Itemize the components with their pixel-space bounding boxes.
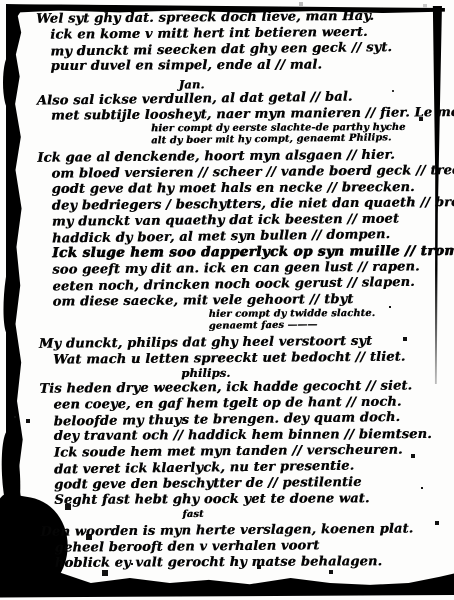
text-line: hoblick ey valt gerocht hy matse behalag… (55, 554, 454, 572)
manuscript-page: Wel syt ghy dat. spreeck doch lieve, man… (0, 0, 454, 600)
text-line: godt geve dat hy moet hals en necke // b… (52, 180, 454, 198)
manuscript-text: Wel syt ghy dat. spreeck doch lieve, man… (10, 8, 454, 573)
marginal-note-line: fast (182, 506, 454, 521)
speaker-line: philips. (181, 366, 454, 380)
text-line: Ick sluge hem soo dapperlyck op syn muil… (52, 244, 454, 262)
marginal-note-line: genaemt faes ——— (209, 318, 454, 332)
text-line: dey travant och // haddick hem binnen //… (54, 427, 454, 445)
scan-noise-speckles (0, 0, 2, 2)
text-line: puur duvel en simpel, ende al // mal. (50, 57, 454, 75)
